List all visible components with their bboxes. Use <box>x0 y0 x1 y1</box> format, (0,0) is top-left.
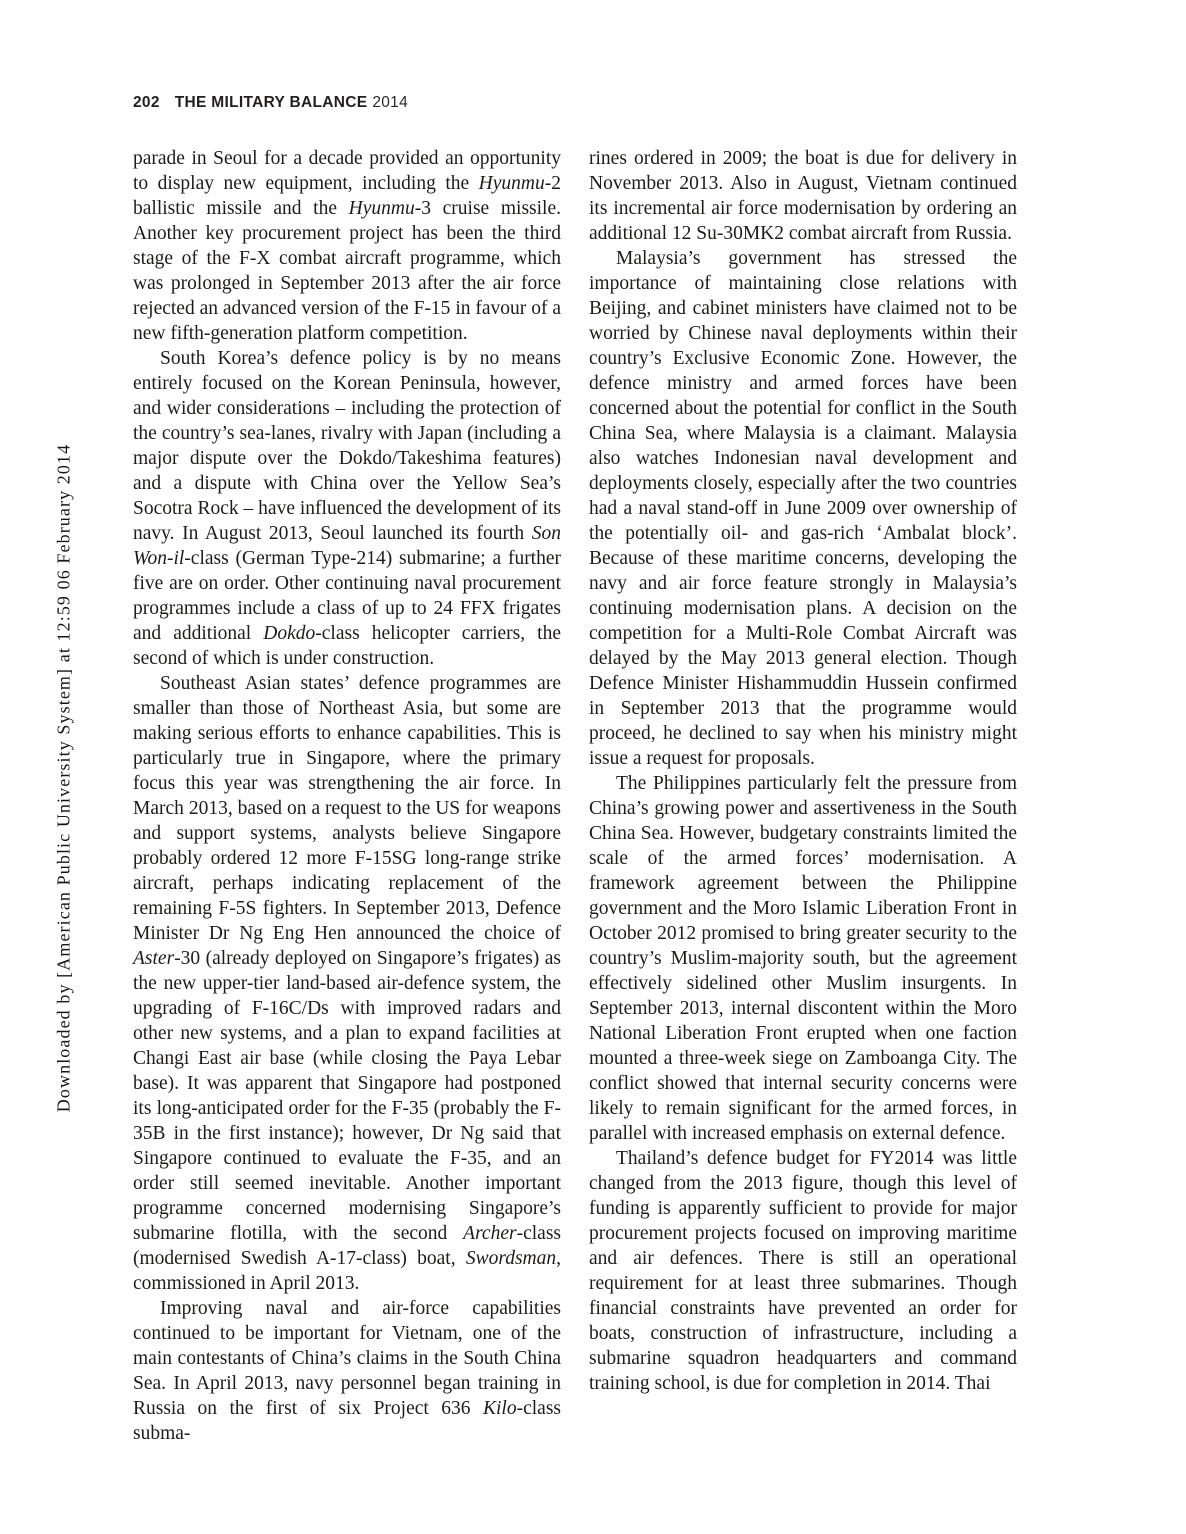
text-run: The Philippines particularly felt the pr… <box>589 773 1017 1144</box>
text-run: Thailand’s defence budget for FY2014 was… <box>589 1148 1017 1394</box>
download-watermark: Downloaded by [American Public Universit… <box>54 444 75 1112</box>
right-column: rines ordered in 2009; the boat is due f… <box>589 146 1017 1446</box>
page-header: 202THE MILITARY BALANCE2014 <box>133 94 408 112</box>
text-run: Southeast Asian states’ defence programm… <box>133 673 561 944</box>
paragraph: Malaysia’s government has stressed the i… <box>589 246 1017 771</box>
paragraph: Improving naval and air-force capabiliti… <box>133 1296 561 1446</box>
text-run: South Korea’s defence policy is by no me… <box>133 348 561 544</box>
italic-run: Archer <box>463 1223 516 1244</box>
book-title: THE MILITARY BALANCE <box>175 94 368 111</box>
left-column: parade in Seoul for a decade provided an… <box>133 146 561 1446</box>
text-run: -30 (already deployed on Singapore’s fri… <box>133 948 561 1244</box>
paragraph: South Korea’s defence policy is by no me… <box>133 346 561 671</box>
paragraph: Thailand’s defence budget for FY2014 was… <box>589 1146 1017 1396</box>
paragraph: parade in Seoul for a decade provided an… <box>133 146 561 346</box>
article-body: parade in Seoul for a decade provided an… <box>133 146 1017 1446</box>
paragraph: rines ordered in 2009; the boat is due f… <box>589 146 1017 246</box>
paragraph: The Philippines particularly felt the pr… <box>589 771 1017 1146</box>
text-run: -3 cruise missile. Another key procureme… <box>133 198 561 344</box>
text-run: Malaysia’s government has stressed the i… <box>589 248 1017 769</box>
italic-run: Aster <box>133 948 174 969</box>
italic-run: Dokdo <box>263 623 315 644</box>
italic-run: Hyunmu <box>349 198 415 219</box>
book-page: { "page": { "header": { "page_number": "… <box>0 0 1186 1534</box>
edition-year: 2014 <box>372 94 408 111</box>
italic-run: Swordsman <box>466 1248 556 1269</box>
page-number: 202 <box>133 94 160 111</box>
paragraph: Southeast Asian states’ defence programm… <box>133 671 561 1296</box>
text-run: rines ordered in 2009; the boat is due f… <box>589 148 1017 244</box>
italic-run: Hyunmu <box>479 173 545 194</box>
italic-run: Kilo <box>483 1398 517 1419</box>
